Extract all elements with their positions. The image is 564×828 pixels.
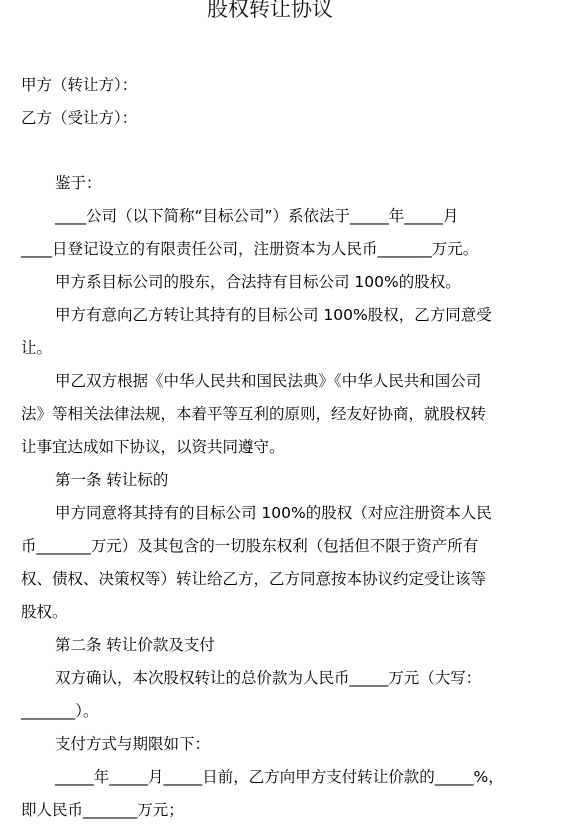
document-title: 股权转让协议 bbox=[0, 0, 540, 22]
spacer bbox=[21, 135, 531, 167]
party-a-line: 甲方（转让方）： bbox=[21, 69, 531, 102]
article-2-line: _______）。 bbox=[21, 695, 531, 728]
recital-line: 甲乙双方根据《中华人民共和国民法典》《中华人民共和国公司 bbox=[21, 365, 531, 398]
recital-line: ____日登记设立的有限责任公司，注册资本为人民币_______万元。 bbox=[21, 233, 531, 266]
recital-line: 甲方有意向乙方转让其持有的目标公司 100%股权，乙方同意受 bbox=[21, 299, 531, 332]
article-1-line: 权、债权、决策权等）转让给乙方，乙方同意按本协议约定受让该等 bbox=[21, 563, 531, 596]
article-2-line: 支付方式与期限如下： bbox=[21, 728, 531, 761]
article-2-line: 即人民币_______万元； bbox=[21, 794, 531, 827]
recital-line: ____公司（以下简称“目标公司”）系依法于_____年_____月 bbox=[21, 200, 531, 233]
party-b-line: 乙方（受让方）： bbox=[21, 102, 531, 135]
document-body: 甲方（转让方）： 乙方（受让方）： 鉴于： ____公司（以下简称“目标公司”）… bbox=[21, 69, 531, 827]
article-2-line: 双方确认，本次股权转让的总价款为人民币_____万元（大写： bbox=[21, 662, 531, 695]
article-1-heading: 第一条 转让标的 bbox=[21, 464, 531, 497]
article-2-heading: 第二条 转让价款及支付 bbox=[21, 629, 531, 662]
recital-line: 让事宜达成如下协议，以资共同遵守。 bbox=[21, 431, 531, 464]
article-1-line: 股权。 bbox=[21, 596, 531, 629]
article-1-line: 币_______万元）及其包含的一切股东权利（包括但不限于资产所有 bbox=[21, 530, 531, 563]
recital-line: 让。 bbox=[21, 332, 531, 365]
recital-line: 法》等相关法律法规，本着平等互利的原则，经友好协商，就股权转 bbox=[21, 398, 531, 431]
recital-line: 甲方系目标公司的股东，合法持有目标公司 100%的股权。 bbox=[21, 266, 531, 299]
recitals-heading: 鉴于： bbox=[21, 167, 531, 200]
article-2-line: _____年_____月_____日前，乙方向甲方支付转让价款的_____%， bbox=[21, 761, 531, 794]
article-1-line: 甲方同意将其持有的目标公司 100%的股权（对应注册资本人民 bbox=[21, 497, 531, 530]
